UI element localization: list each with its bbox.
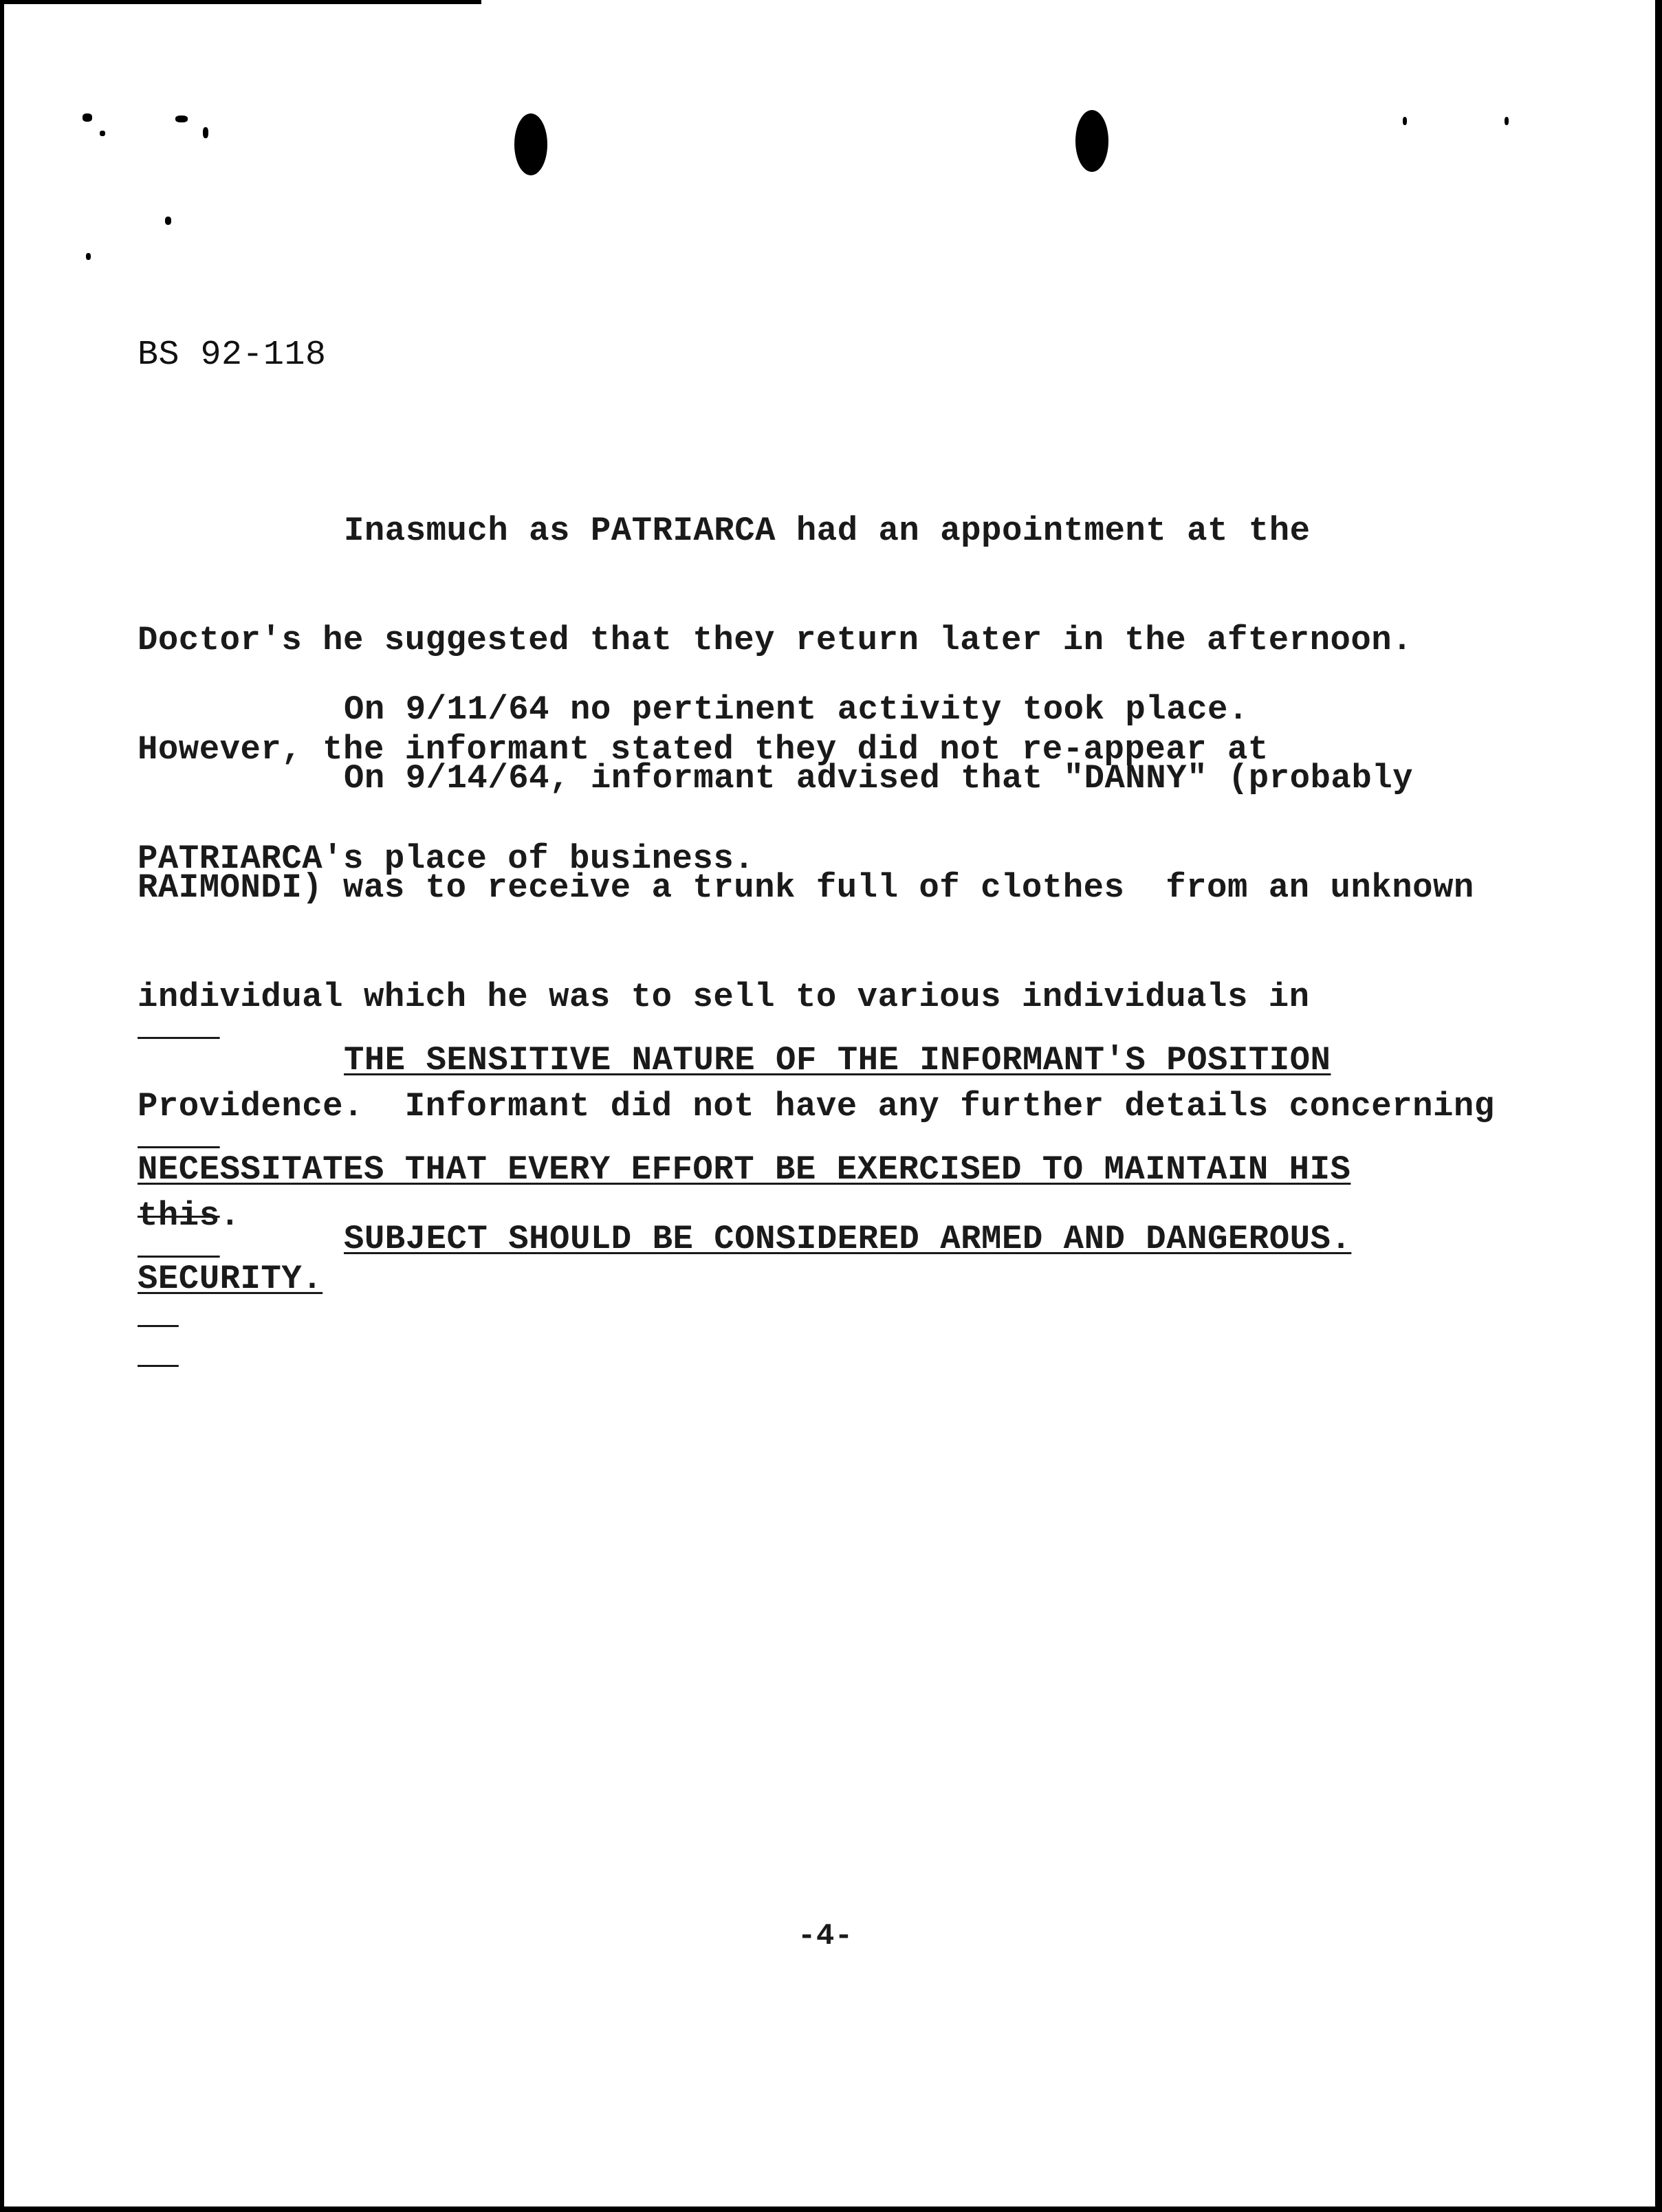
paragraph-line: THE SENSITIVE NATURE OF THE INFORMANT'S … <box>138 1042 1351 1079</box>
armed-dangerous-warning: SUBJECT SHOULD BE CONSIDERED ARMED AND D… <box>138 1148 1351 1331</box>
document-page: BS 92-118 Inasmuch as PATRIARCA had an a… <box>0 0 1662 2212</box>
punch-hole-icon <box>1075 110 1108 172</box>
scan-speck <box>86 253 91 260</box>
scan-edge-right <box>1655 0 1662 2212</box>
scan-speck <box>1505 117 1509 125</box>
scan-speck <box>203 127 208 138</box>
scan-speck <box>83 113 92 122</box>
file-number: BS 92-118 <box>138 337 327 373</box>
paragraph-line: Inasmuch as PATRIARCA had an appointment… <box>138 513 1412 549</box>
scan-speck <box>100 131 105 136</box>
paragraph-line: On 9/14/64, informant advised that "DANN… <box>138 760 1495 797</box>
scan-edge-top <box>0 0 481 4</box>
scan-edge-left <box>0 0 4 2212</box>
scan-speck <box>175 116 188 122</box>
paragraph-line: RAIMONDI) was to receive a trunk full of… <box>138 870 1495 906</box>
paragraph-line: SUBJECT SHOULD BE CONSIDERED ARMED AND D… <box>138 1221 1351 1258</box>
scan-speck <box>1403 117 1407 125</box>
scan-edge-bottom <box>0 2206 1662 2212</box>
page-number: -4- <box>798 1918 853 1955</box>
punch-hole-icon <box>514 113 547 175</box>
scan-speck <box>165 217 171 225</box>
